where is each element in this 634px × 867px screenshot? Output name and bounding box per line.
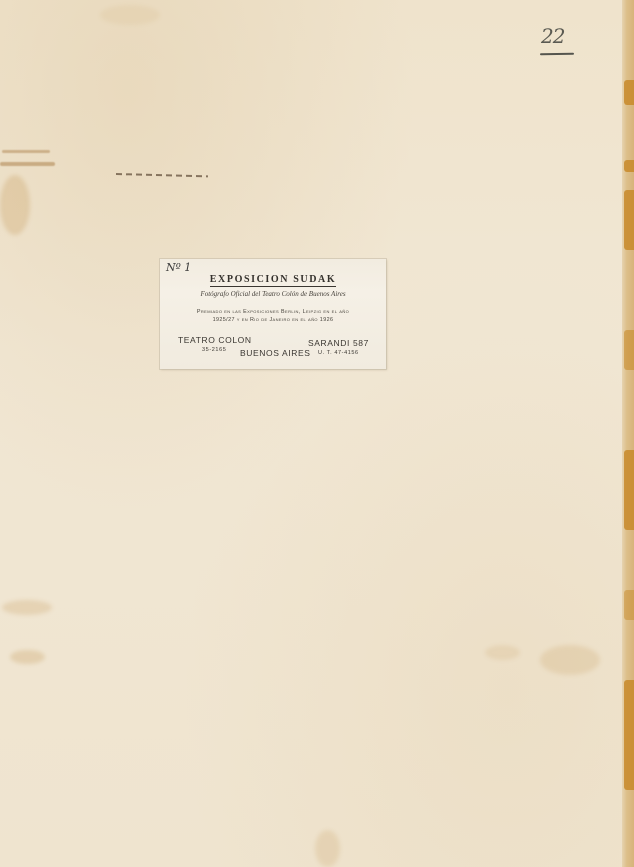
stain: [2, 600, 52, 615]
stain: [10, 650, 45, 664]
stain: [100, 5, 160, 25]
stain-streak: [0, 162, 55, 166]
stain: [540, 645, 600, 675]
document-page: 22 Nº 1 EXPOSICION SUDAK Fotógrafo Ofici…: [0, 0, 634, 867]
studio-title: EXPOSICION SUDAK: [160, 274, 386, 285]
edge-stain: [624, 80, 634, 105]
handwritten-mark: Nº 1: [166, 261, 191, 274]
stain: [0, 175, 30, 235]
page-number: 22: [541, 24, 564, 48]
edge-stain: [624, 680, 634, 790]
city-name: BUENOS AIRES: [240, 348, 311, 358]
award-text: Premiado en las Exposiciones Berlin, Lei…: [170, 308, 376, 324]
venue-name: TEATRO COLON: [178, 335, 252, 345]
stain-streak: [2, 150, 50, 153]
stain: [485, 645, 520, 660]
award-line-2: 1925/27 y en Rio de Janeiro en el año 19…: [170, 316, 376, 324]
scratch-mark: [116, 173, 208, 177]
page-number-underline: [540, 53, 574, 56]
photographer-label: Nº 1 EXPOSICION SUDAK Fotógrafo Oficial …: [160, 259, 386, 369]
stain: [315, 830, 340, 867]
edge-stain: [624, 160, 634, 172]
edge-stain: [624, 330, 634, 370]
studio-subtitle: Fotógrafo Oficial del Teatro Colón de Bu…: [160, 290, 386, 298]
venue-phone: 35-2165: [202, 347, 226, 353]
street-address: SARANDI 587: [308, 338, 369, 348]
edge-stain: [624, 190, 634, 250]
address-phone: U. T. 47-4156: [318, 350, 359, 356]
edge-stain: [624, 450, 634, 530]
edge-stain: [624, 590, 634, 620]
studio-title-text: EXPOSICION SUDAK: [210, 274, 336, 287]
award-line-1: Premiado en las Exposiciones Berlin, Lei…: [170, 308, 376, 316]
